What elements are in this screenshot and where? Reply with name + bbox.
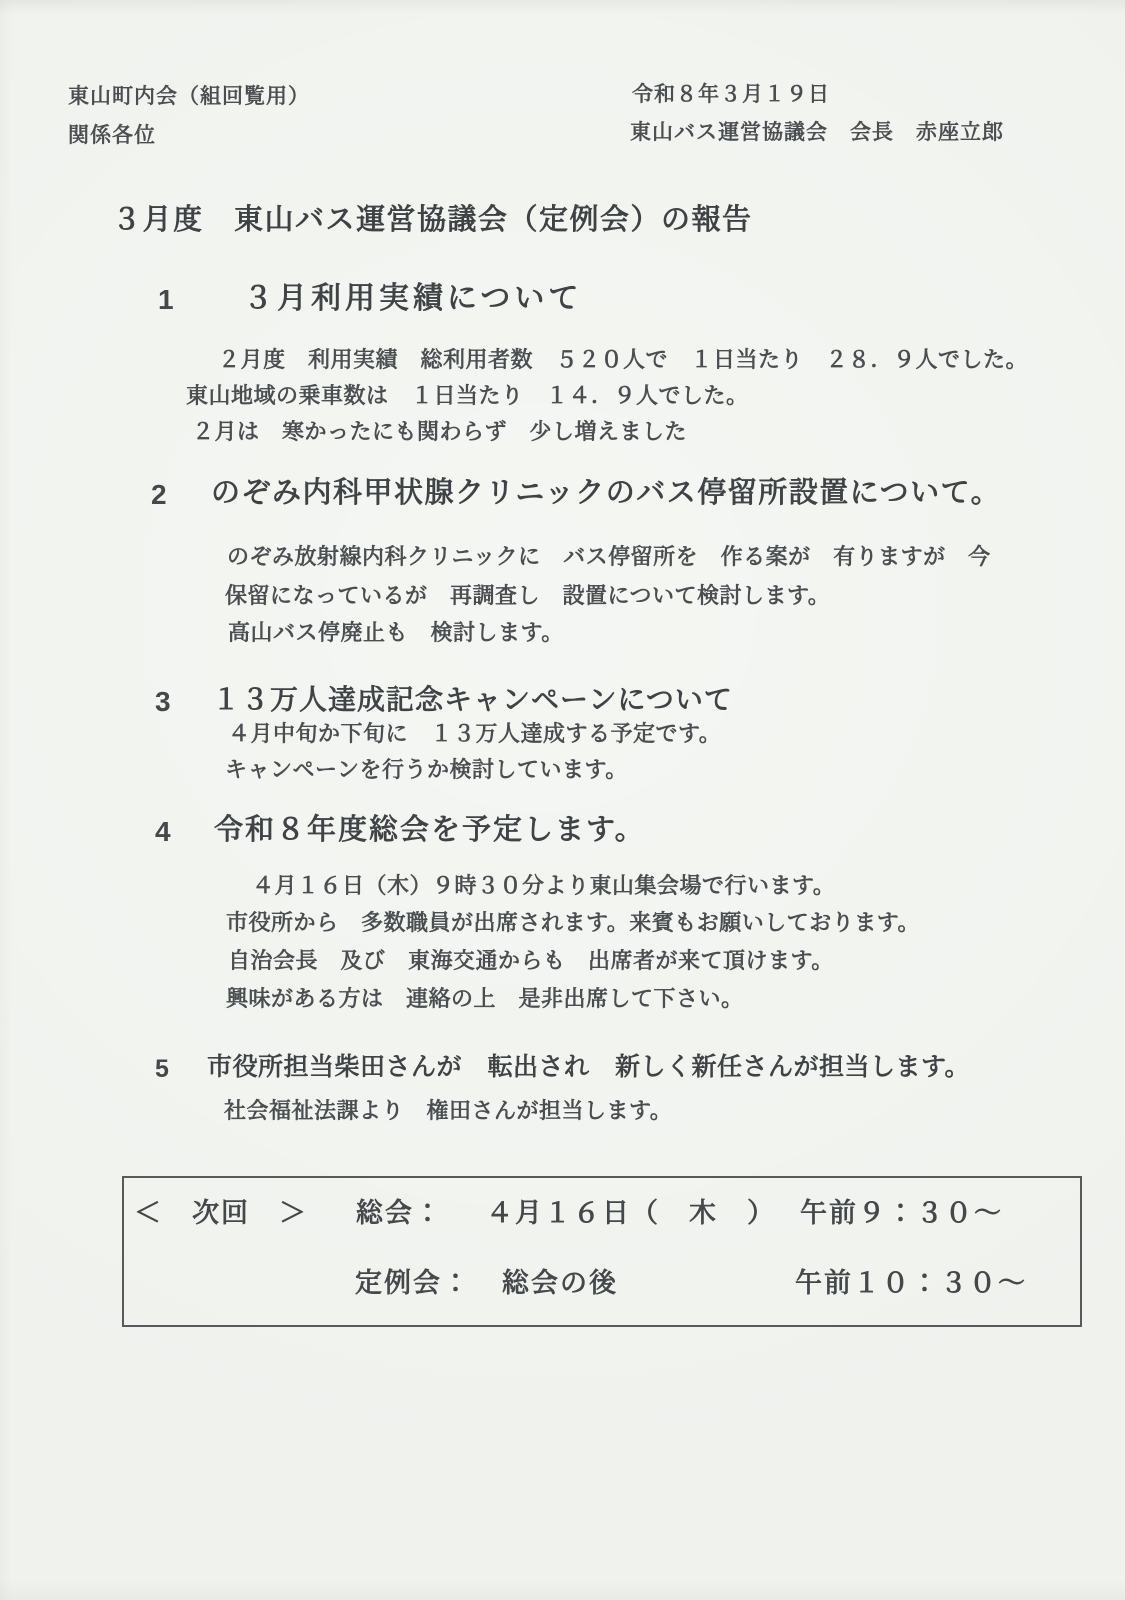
section-2-heading: のぞみ内科甲状腺クリニックのバス停留所設置について。 [211, 479, 1001, 508]
section-5-heading: 市役所担当柴田さんが 転出され 新しく新任さんが担当します。 [207, 1055, 970, 1080]
section-1-body-line: ２月は 寒かったにも関わらず 少し増えました [192, 421, 687, 443]
scanned-document-page: 東山町内会（組回覧用） 関係各位 令和８年３月１９日 東山バス運営協議会 会長 … [0, 0, 1125, 1600]
general-meeting-time: 午前９：３０～ [800, 1200, 1003, 1227]
section-1-heading: ３月利用実績について [243, 284, 582, 314]
header-issuer: 東山バス運営協議会 会長 赤座立郎 [630, 122, 1004, 143]
regular-meeting-time: 午前１０：３０～ [795, 1270, 1027, 1297]
header-recipient-group: 東山町内会（組回覧用） [68, 86, 310, 107]
general-meeting-label: 総会： [356, 1200, 443, 1227]
section-2-body-line: のぞみ放射線内科クリニックに バス停留所を 作る案が 有りますが 今 [227, 546, 991, 568]
section-3-body-line: ４月中旬か下旬に １３万人達成する予定です。 [228, 723, 721, 745]
section-4-heading: 令和８年度総会を予定します。 [214, 816, 646, 845]
section-5-body-line: 社会福祉法課より 権田さんが担当します。 [224, 1100, 672, 1122]
section-4-number: 4 [155, 818, 171, 846]
regular-meeting-label: 定例会： [355, 1270, 471, 1297]
header-date: 令和８年３月１９日 [632, 84, 830, 105]
section-3-heading: １３万人達成記念キャンペーンについて [212, 686, 733, 714]
section-4-body-line: 自治会長 及び 東海交通からも 出席者が来て頂けます。 [228, 950, 834, 972]
section-4-body-line: 市役所から 多数職員が出席されます。来賓もお願いしております。 [226, 912, 920, 934]
section-2-number: 2 [151, 481, 167, 509]
section-2-body-line: 高山バス停廃止も 検討します。 [228, 622, 564, 644]
general-meeting-date: ４月１６日（ 木 ） [486, 1200, 776, 1227]
regular-meeting-note: 総会の後 [502, 1270, 618, 1297]
section-3-number: 3 [155, 688, 171, 716]
section-3-body-line: キャンペーンを行うか検討しています。 [225, 759, 628, 781]
header-recipient-all: 関係各位 [68, 125, 156, 146]
next-meeting-box: ＜ 次回 ＞ 総会： ４月１６日（ 木 ） 午前９：３０～ 定例会： 総会の後 … [122, 1176, 1082, 1327]
section-4-body-line: 興味がある方は 連絡の上 是非出席して下さい。 [226, 988, 744, 1010]
section-1-number: 1 [158, 286, 174, 314]
next-meeting-bracket: ＜ 次回 ＞ [134, 1200, 308, 1227]
section-2-body-line: 保留になっているが 再調査し 設置について検討します。 [225, 585, 830, 607]
section-5-number: 5 [155, 1057, 169, 1082]
section-4-body-line: ４月１６日（木）９時３０分より東山集会場で行います。 [252, 875, 835, 897]
section-1-body-line: 東山地域の乗車数は １日当たり １４．９人でした。 [186, 385, 749, 407]
section-1-body-line: ２月度 利用実績 総利用者数 ５２０人で １日当たり ２８．９人でした。 [218, 349, 1028, 371]
page-title: ３月度 東山バス運営協議会（定例会）の報告 [112, 206, 753, 235]
